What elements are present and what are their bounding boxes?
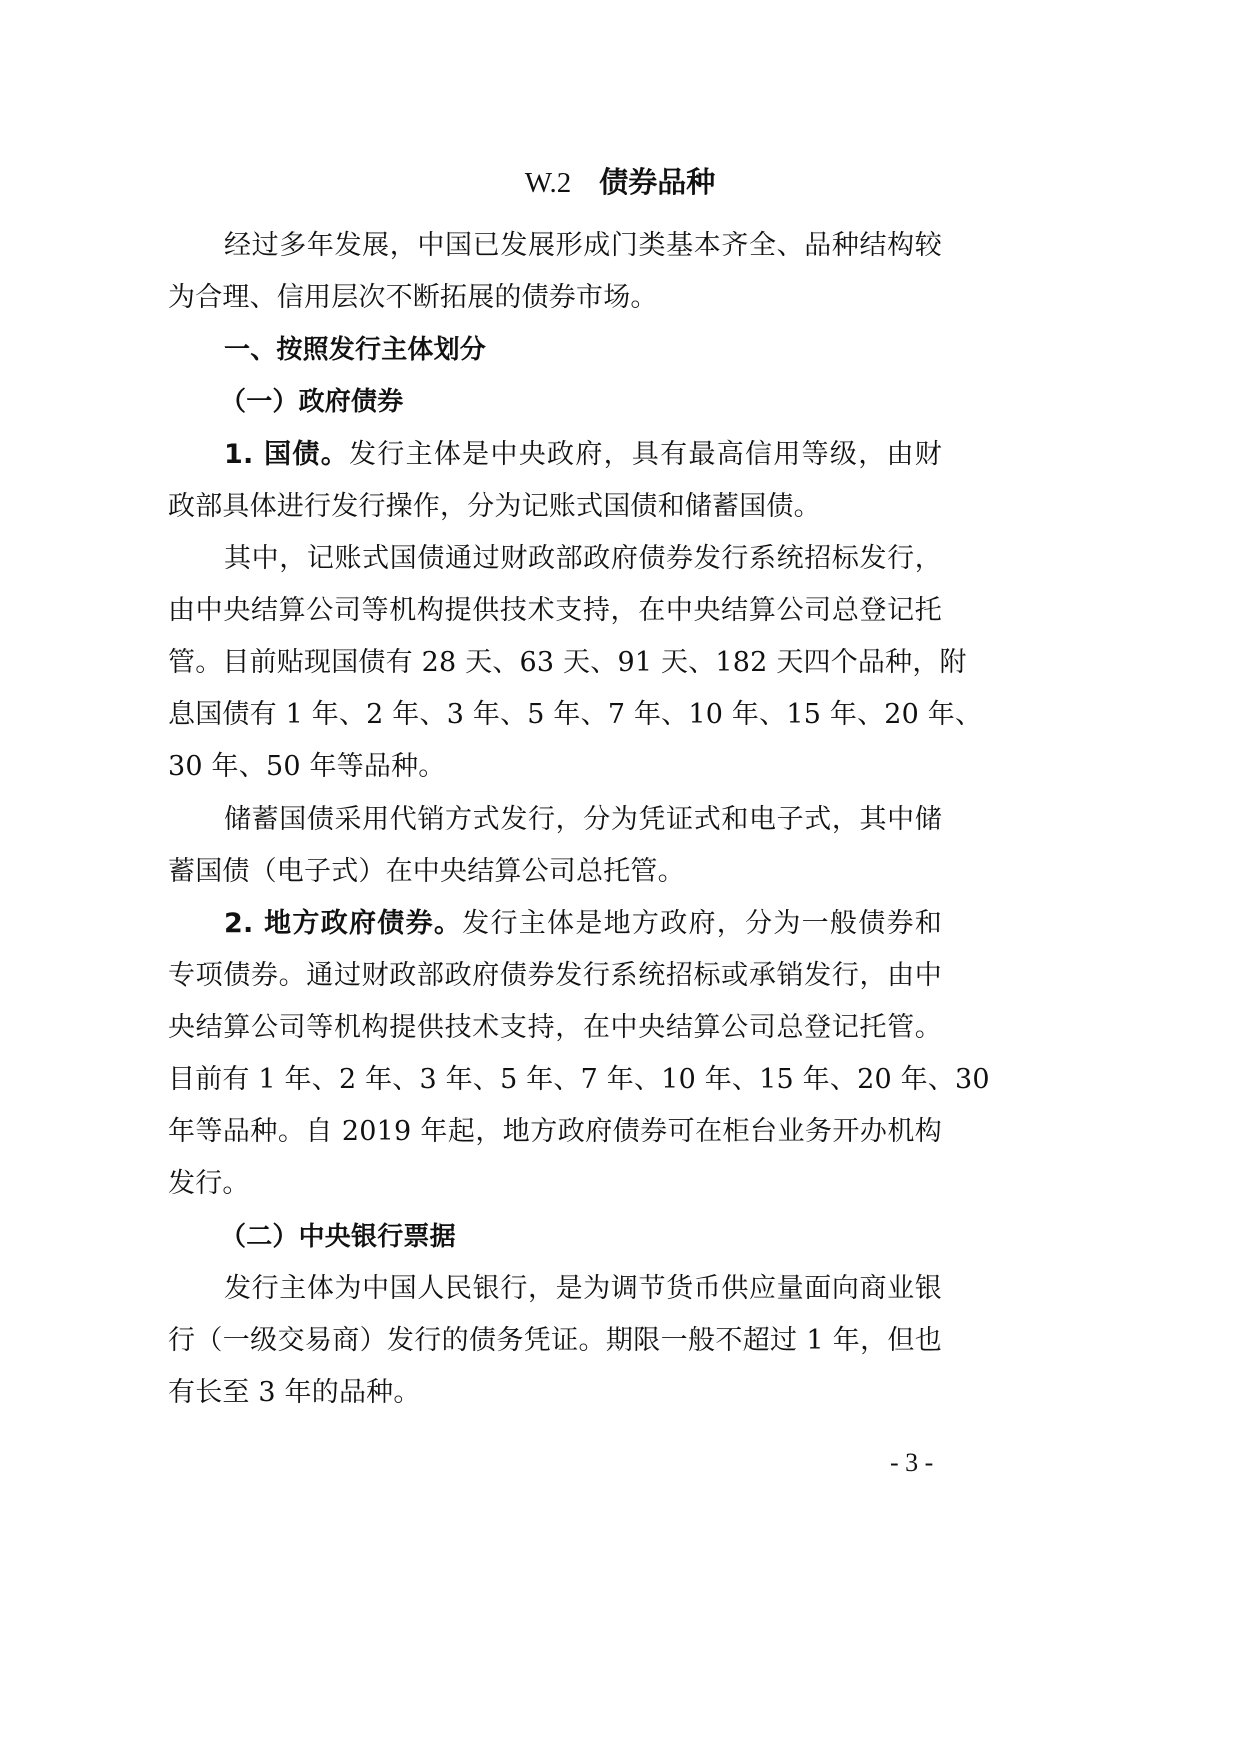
item-2-line-1: 2. 地方政府债券。发行主体是地方政府，分为一般债券和 [224,906,942,942]
section-title: W.2债券品种 [0,162,1240,203]
subsection-2-heading: （二）中央银行票据 [220,1219,994,1255]
savings-line-1: 储蓄国债采用代销方式发行，分为凭证式和电子式，其中储 [224,802,942,838]
item-1-line-2: 政部具体进行发行操作，分为记账式国债和储蓄国债。 [168,489,942,525]
bookentry-line-5: 30 年、50 年等品种。 [168,749,942,785]
bookentry-line-3: 管。目前贴现国债有 28 天、63 天、91 天、182 天四个品种，附 [168,645,942,681]
item-2-text: 发行主体是地方政府，分为一般债券和 [462,908,942,939]
pboc-line-3: 有长至 3 年的品种。 [168,1375,942,1411]
intro-line-2: 为合理、信用层次不断拓展的债券市场。 [168,280,942,316]
pboc-line-1: 发行主体为中国人民银行，是为调节货币供应量面向商业银 [224,1271,942,1307]
item-1-text: 发行主体是中央政府，具有最高信用等级，由财 [349,439,942,470]
heading-1: 一、按照发行主体划分 [224,332,942,368]
item-1-line-1: 1. 国债。发行主体是中央政府，具有最高信用等级，由财 [224,437,942,473]
item-2-line-2: 专项债券。通过财政部政府债券发行系统招标或承销发行，由中 [168,958,942,994]
bookentry-line-1: 其中，记账式国债通过财政部政府债券发行系统招标发行， [224,541,942,577]
intro-line-1: 经过多年发展，中国已发展形成门类基本齐全、品种结构较 [224,228,942,264]
item-2-line-4: 目前有 1 年、2 年、3 年、5 年、7 年、10 年、15 年、20 年、3… [168,1062,942,1098]
item-2-line-6: 发行。 [168,1166,942,1202]
savings-line-2: 蓄国债（电子式）在中央结算公司总托管。 [168,854,942,890]
item-1-label: 1. 国债。 [224,439,349,470]
item-2-line-5: 年等品种。自 2019 年起，地方政府债券可在柜台业务开办机构 [168,1114,942,1150]
section-title-text: 债券品种 [599,165,715,199]
pboc-line-2: 行（一级交易商）发行的债务凭证。期限一般不超过 1 年，但也 [168,1323,942,1359]
item-2-label: 2. 地方政府债券。 [224,908,462,939]
bookentry-line-2: 由中央结算公司等机构提供技术支持，在中央结算公司总登记托 [168,593,942,629]
item-2-line-3: 央结算公司等机构提供技术支持，在中央结算公司总登记托管。 [168,1010,942,1046]
document-page: W.2债券品种 经过多年发展，中国已发展形成门类基本齐全、品种结构较 为合理、信… [0,0,1240,1754]
subsection-1-heading: （一）政府债券 [220,384,994,420]
page-number: - 3 - [890,1446,933,1480]
bookentry-line-4: 息国债有 1 年、2 年、3 年、5 年、7 年、10 年、15 年、20 年、 [168,697,942,733]
section-number: W.2 [525,167,571,199]
